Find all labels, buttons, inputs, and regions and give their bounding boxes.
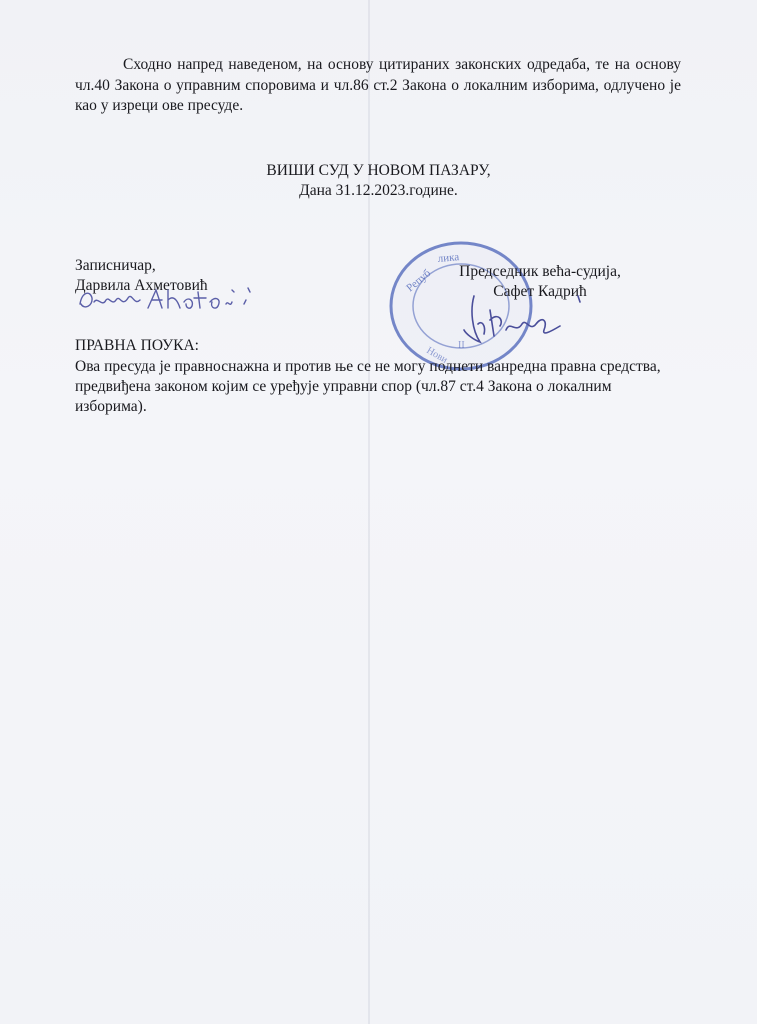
judge-block: Председник већа-судија, Сафет Кадрић <box>420 262 660 302</box>
court-name: ВИШИ СУД У НОВОМ ПАЗАРУ, <box>0 161 757 181</box>
document-page: Сходно напред наведеном, на основу цитир… <box>0 0 757 1024</box>
closing-paragraph-text: Сходно напред наведеном, на основу цитир… <box>75 56 681 114</box>
clerk-block: Записничар, Дарвила Ахметовић <box>75 256 208 296</box>
legal-notice-text: Ова пресуда је правноснажна и против ње … <box>75 357 675 417</box>
svg-text:II: II <box>458 340 465 351</box>
judge-role: Председник већа-судија, <box>420 262 660 282</box>
clerk-role: Записничар, <box>75 256 208 276</box>
decision-date: Дана 31.12.2023.године. <box>0 181 757 201</box>
official-stamp: Репуб лика Нови II <box>388 240 534 372</box>
court-header: ВИШИ СУД У НОВОМ ПАЗАРУ, Дана 31.12.2023… <box>0 161 757 201</box>
page-fold-line <box>368 0 370 1024</box>
clerk-name: Дарвила Ахметовић <box>75 276 208 296</box>
judge-name: Сафет Кадрић <box>420 282 660 302</box>
closing-paragraph: Сходно напред наведеном, на основу цитир… <box>75 55 681 117</box>
legal-notice-title: ПРАВНА ПОУКА: <box>75 336 199 356</box>
